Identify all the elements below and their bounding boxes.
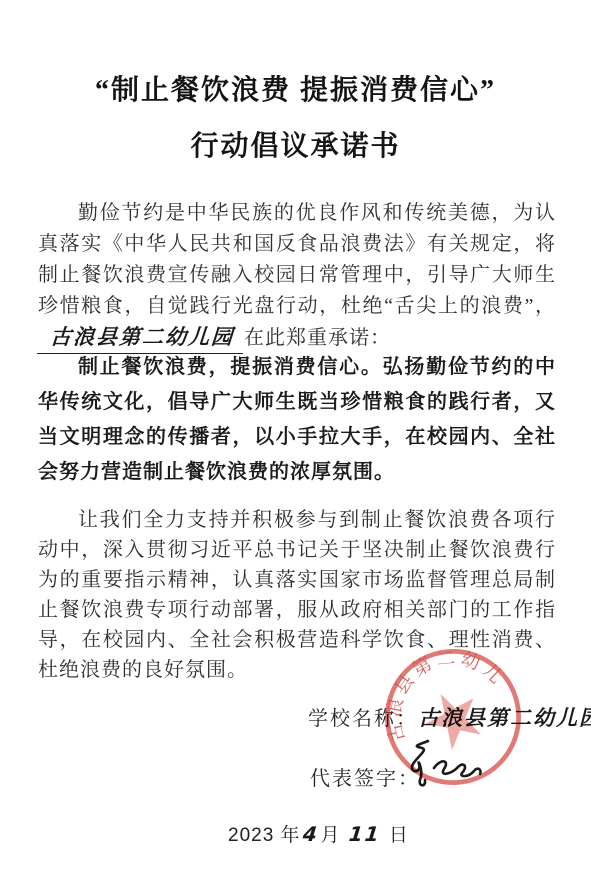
document-page: “制止餐饮浪费 提振消费信心” 行动倡议承诺书 勤俭节约是中华民族的优良作风和传… xyxy=(0,0,591,886)
paragraph-intro: 勤俭节约是中华民族的优良作风和传统美德，为认真落实《中华人民共和国反食品浪费法》… xyxy=(38,198,556,354)
intro-text-after-blank: 在此郑重承诺： xyxy=(244,327,391,349)
paragraph-commitment: 制止餐饮浪费，提振消费信心。弘扬勤俭节约的中华传统文化，倡导广大师生既当珍惜粮食… xyxy=(38,350,556,490)
document-title-line2: 行动倡议承诺书 xyxy=(0,124,591,164)
document-title-line1: “制止餐饮浪费 提振消费信心” xyxy=(0,68,591,108)
star-icon xyxy=(417,681,490,755)
date-year: 2023 年 xyxy=(228,825,301,846)
date-day-unit: 日 xyxy=(389,825,409,846)
intro-text-before-blank: 勤俭节约是中华民族的优良作风和传统美德，为认真落实《中华人民共和国反食品浪费法》… xyxy=(38,202,556,317)
date-month-fill: 4 xyxy=(299,822,321,846)
date-month-unit: 月 xyxy=(320,825,340,846)
date-row: 2023 年4月 11 日 xyxy=(228,820,409,847)
date-day-fill: 11 xyxy=(346,822,384,846)
